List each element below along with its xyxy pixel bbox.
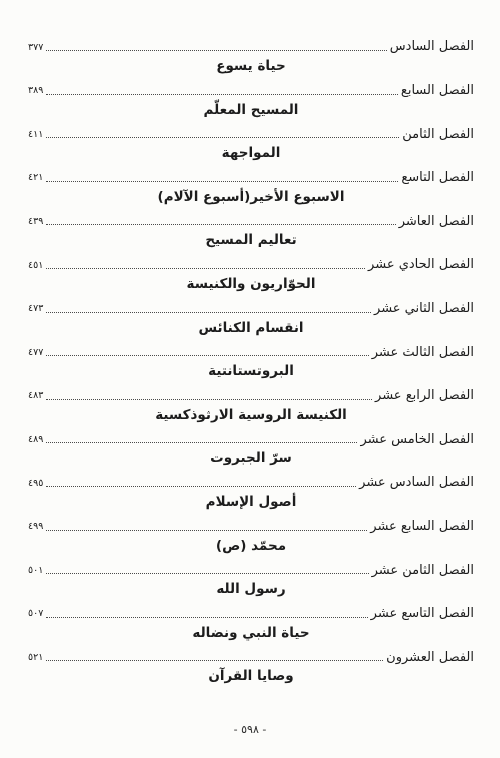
chapter-label: الفصل الثالث عشر xyxy=(372,345,474,361)
toc-entry: الفصل الثاني عشر ٤٧٣ انقسام الكنائس xyxy=(28,296,474,340)
toc-entry: الفصل السادس ٣٧٧ حياة يسوع xyxy=(28,34,474,78)
chapter-label: الفصل السابع عشر xyxy=(370,519,474,535)
chapter-label: الفصل السادس xyxy=(390,39,474,55)
table-of-contents: الفصل السادس ٣٧٧ حياة يسوع الفصل السابع … xyxy=(28,34,474,688)
page-number: ٤٩٩ xyxy=(28,522,43,532)
toc-entry: الفصل التاسع ٤٢١ الاسبوع الأخير(أسبوع ال… xyxy=(28,165,474,209)
dot-leader xyxy=(46,224,395,225)
toc-entry: الفصل الخامس عشر ٤٨٩ سرّ الجبروت xyxy=(28,426,474,470)
page-number: ٤٢١ xyxy=(28,173,43,183)
toc-entry: الفصل السابع ٣٨٩ المسيح المعلّم xyxy=(28,78,474,122)
page-number: ٣٧٧ xyxy=(28,43,43,53)
chapter-row: الفصل الثاني عشر ٤٧٣ xyxy=(28,296,474,317)
toc-entry: الفصل السادس عشر ٤٩٥ أصول الإسلام xyxy=(28,470,474,514)
dot-leader xyxy=(46,573,368,574)
page-number: ٤٣٩ xyxy=(28,217,43,227)
dot-leader xyxy=(46,617,367,618)
toc-entry: الفصل السابع عشر ٤٩٩ محمّد (ص) xyxy=(28,514,474,558)
chapter-label: الفصل العاشر xyxy=(399,214,474,230)
chapter-row: الفصل التاسع ٤٢١ xyxy=(28,165,474,186)
chapter-label: الفصل الخامس عشر xyxy=(360,432,474,448)
chapter-label: الفصل الحادي عشر xyxy=(368,257,474,273)
page-number: ٤٧٧ xyxy=(28,348,43,358)
section-title: المواجهة xyxy=(28,142,474,164)
section-title: تعاليم المسيح xyxy=(28,229,474,251)
section-title: الحوّاريون والكنيسة xyxy=(28,273,474,295)
chapter-row: الفصل السابع عشر ٤٩٩ xyxy=(28,514,474,535)
chapter-label: الفصل التاسع عشر xyxy=(371,606,474,622)
page-number: ٣٨٩ xyxy=(28,86,43,96)
page-number: ٤٥١ xyxy=(28,261,43,271)
section-title: انقسام الكنائس xyxy=(28,317,474,339)
section-title: المسيح المعلّم xyxy=(28,99,474,121)
chapter-row: الفصل الثامن ٤١١ xyxy=(28,121,474,142)
dot-leader xyxy=(46,530,367,531)
chapter-row: الفصل الخامس عشر ٤٨٩ xyxy=(28,426,474,447)
dot-leader xyxy=(46,312,371,313)
dot-leader xyxy=(46,399,372,400)
section-title: رسول الله xyxy=(28,578,474,600)
section-title: وصايا القرآن xyxy=(28,665,474,687)
toc-entry: الفصل التاسع عشر ٥٠٧ حياة النبي ونضاله xyxy=(28,601,474,645)
chapter-label: الفصل العشرون xyxy=(386,650,474,666)
dot-leader xyxy=(46,94,398,95)
chapter-row: الفصل العشرون ٥٢١ xyxy=(28,644,474,665)
section-title: حياة النبي ونضاله xyxy=(28,622,474,644)
section-title: سرّ الجبروت xyxy=(28,447,474,469)
section-title: أصول الإسلام xyxy=(28,491,474,513)
page-number: ٤٧٣ xyxy=(28,304,43,314)
chapter-row: الفصل الثامن عشر ٥٠١ xyxy=(28,557,474,578)
dot-leader xyxy=(46,50,386,51)
chapter-label: الفصل الثامن عشر xyxy=(372,563,474,579)
section-title: البروتستانتية xyxy=(28,360,474,382)
page-number: ٥٠٧ xyxy=(28,609,43,619)
page-number: ٥٢١ xyxy=(28,653,43,663)
dot-leader xyxy=(46,137,399,138)
chapter-label: الفصل الثاني عشر xyxy=(374,301,474,317)
chapter-row: الفصل العاشر ٤٣٩ xyxy=(28,208,474,229)
chapter-label: الفصل السابع xyxy=(401,83,474,99)
dot-leader xyxy=(46,268,365,269)
section-title: الاسبوع الأخير(أسبوع الآلام) xyxy=(28,186,474,208)
page-number: ٤٩٥ xyxy=(28,479,43,489)
toc-entry: الفصل الثامن ٤١١ المواجهة xyxy=(28,121,474,165)
chapter-label: الفصل السادس عشر xyxy=(359,475,474,491)
dot-leader xyxy=(46,442,357,443)
chapter-label: الفصل الثامن xyxy=(402,127,474,143)
toc-entry: الفصل الثالث عشر ٤٧٧ البروتستانتية xyxy=(28,339,474,383)
chapter-row: الفصل الحادي عشر ٤٥١ xyxy=(28,252,474,273)
chapter-row: الفصل التاسع عشر ٥٠٧ xyxy=(28,601,474,622)
chapter-label: الفصل الرابع عشر xyxy=(375,388,474,404)
section-title: الكنيسة الروسية الارثوذكسية xyxy=(28,404,474,426)
dot-leader xyxy=(46,181,398,182)
toc-entry: الفصل الحادي عشر ٤٥١ الحوّاريون والكنيسة xyxy=(28,252,474,296)
footer-page-number: - ٥٩٨ - xyxy=(0,723,500,736)
chapter-row: الفصل الثالث عشر ٤٧٧ xyxy=(28,339,474,360)
page-number: ٤٨٩ xyxy=(28,435,43,445)
page-number: ٤٨٣ xyxy=(28,391,43,401)
toc-entry: الفصل الرابع عشر ٤٨٣ الكنيسة الروسية الا… xyxy=(28,383,474,427)
toc-entry: الفصل الثامن عشر ٥٠١ رسول الله xyxy=(28,557,474,601)
chapter-row: الفصل الرابع عشر ٤٨٣ xyxy=(28,383,474,404)
chapter-row: الفصل السادس عشر ٤٩٥ xyxy=(28,470,474,491)
chapter-row: الفصل السادس ٣٧٧ xyxy=(28,34,474,55)
page-number: ٤١١ xyxy=(28,130,43,140)
dot-leader xyxy=(46,660,383,661)
toc-entry: الفصل العشرون ٥٢١ وصايا القرآن xyxy=(28,644,474,688)
dot-leader xyxy=(46,486,356,487)
section-title: محمّد (ص) xyxy=(28,535,474,557)
book-toc-page: الفصل السادس ٣٧٧ حياة يسوع الفصل السابع … xyxy=(0,0,500,758)
chapter-row: الفصل السابع ٣٨٩ xyxy=(28,78,474,99)
dot-leader xyxy=(46,355,368,356)
section-title: حياة يسوع xyxy=(28,55,474,77)
chapter-label: الفصل التاسع xyxy=(401,170,474,186)
toc-entry: الفصل العاشر ٤٣٩ تعاليم المسيح xyxy=(28,208,474,252)
page-number: ٥٠١ xyxy=(28,566,43,576)
